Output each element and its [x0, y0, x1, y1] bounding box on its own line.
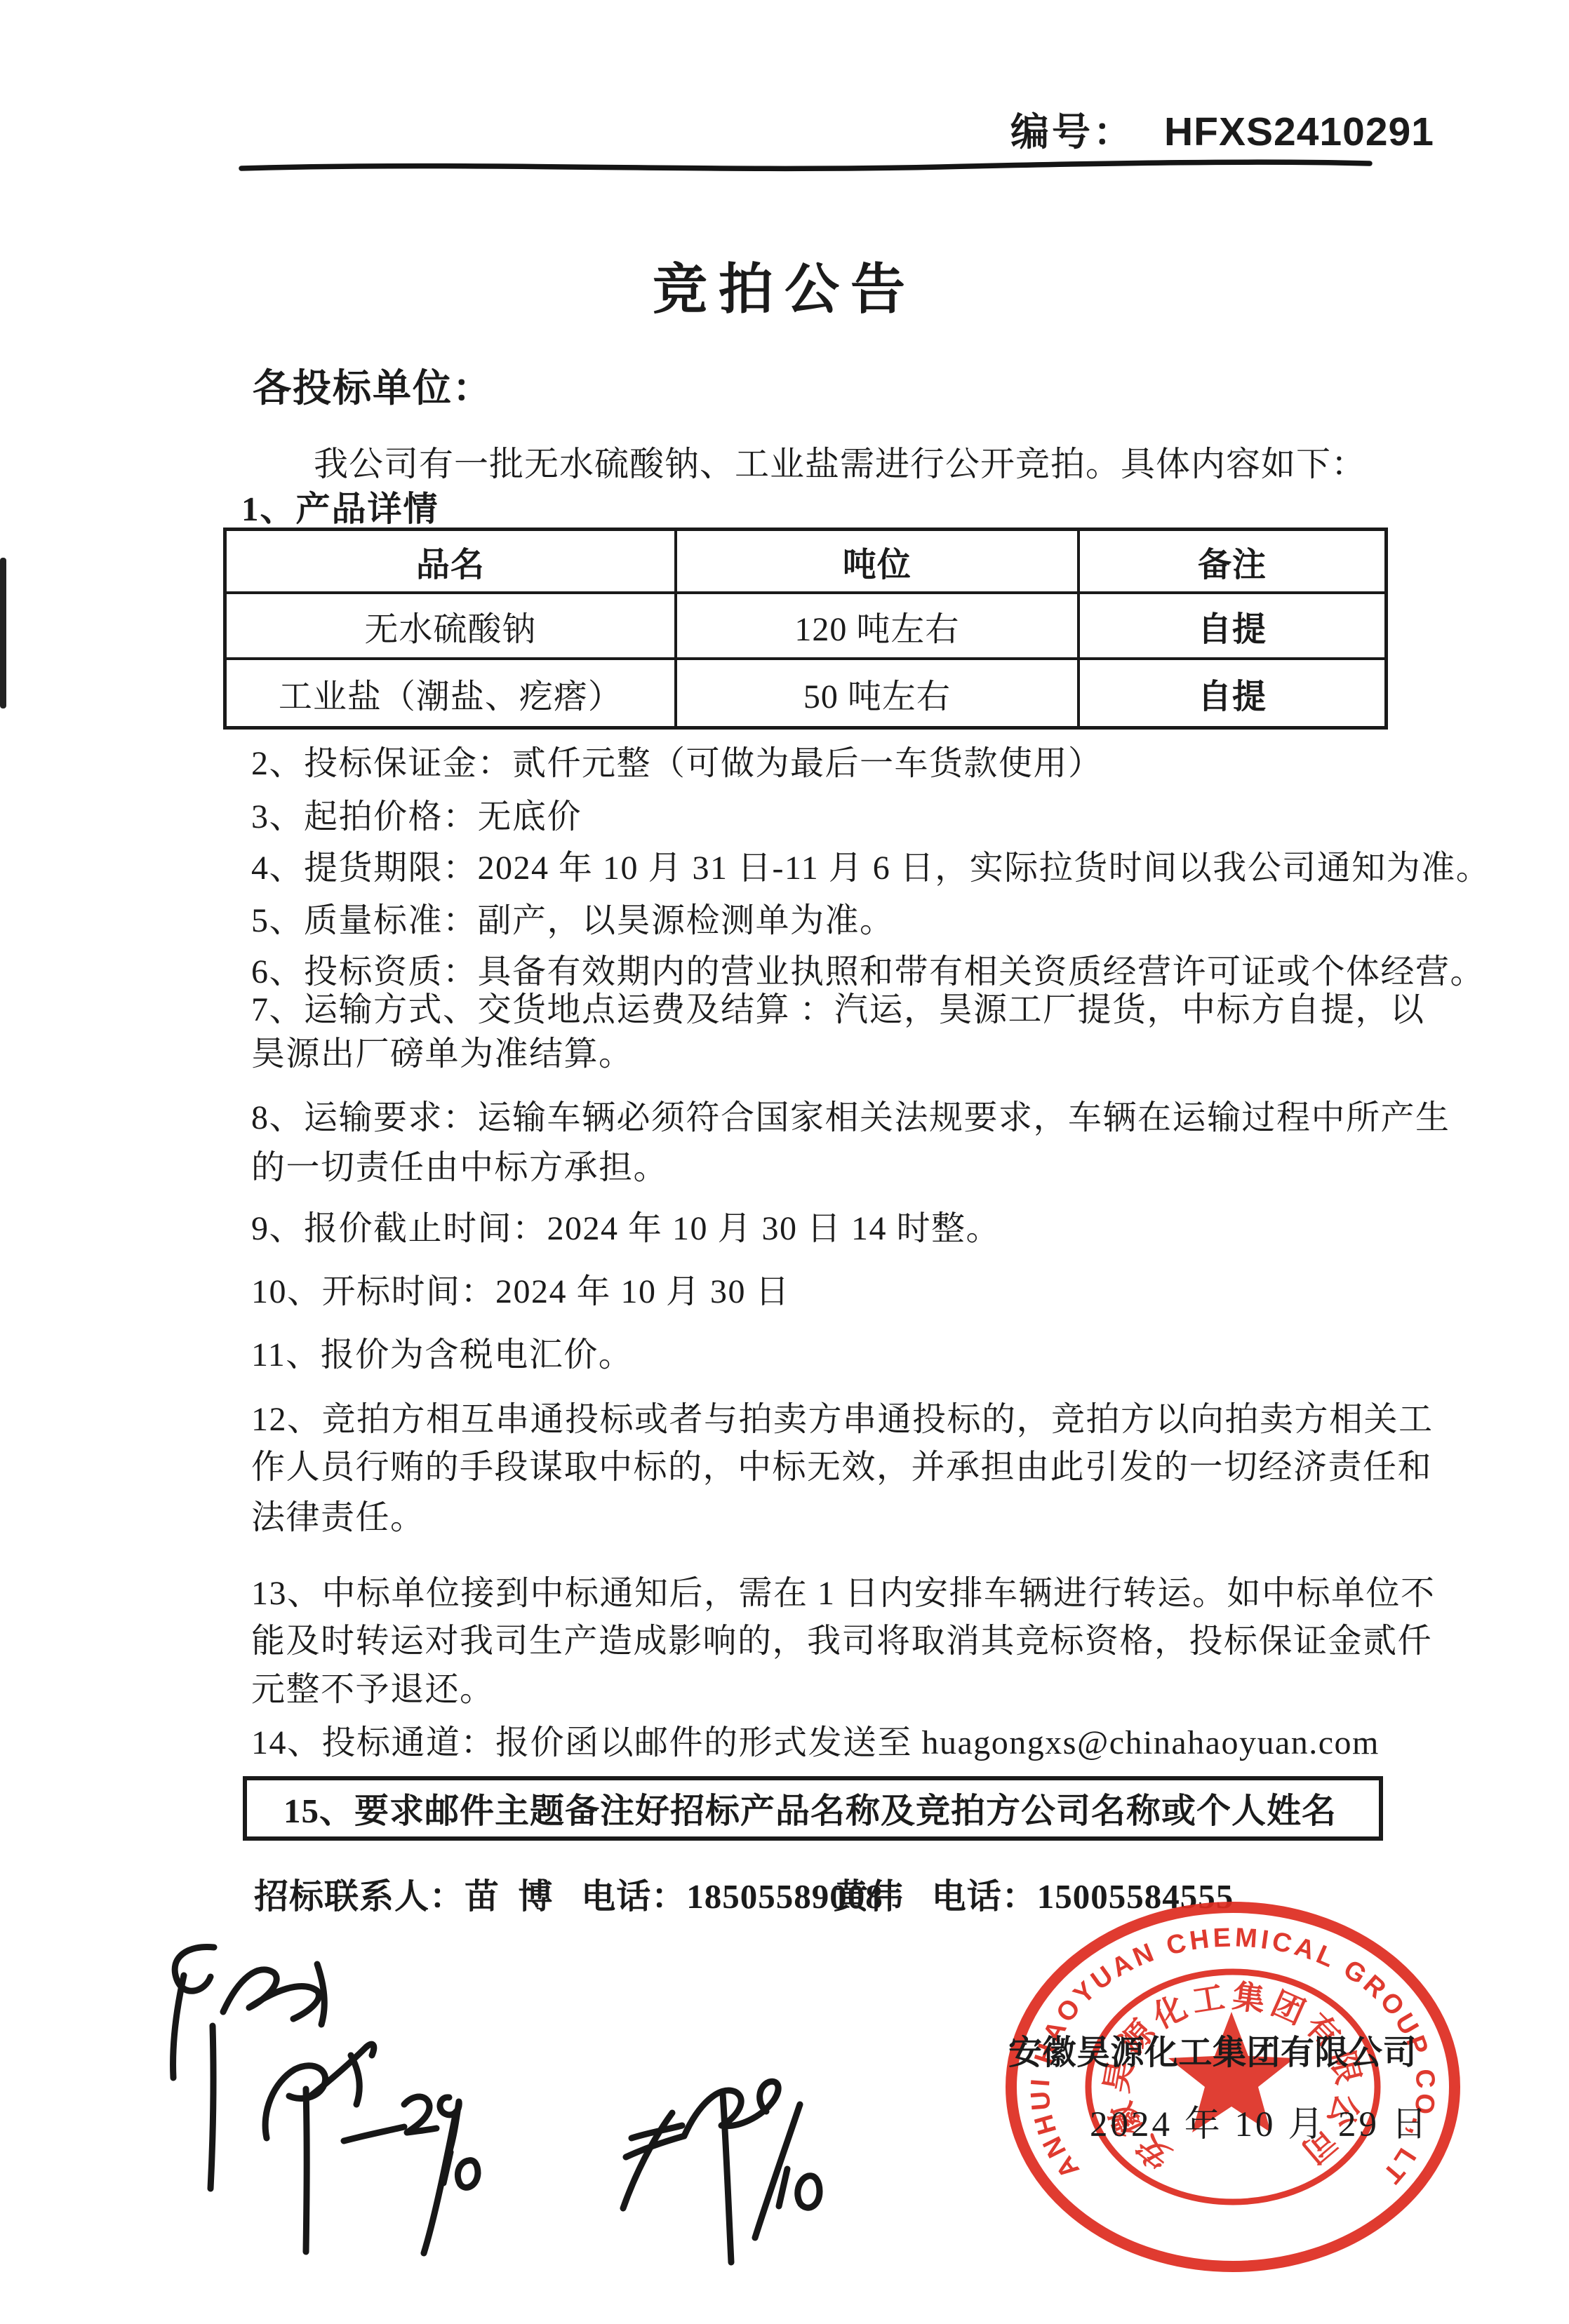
item-12-line3: 法律责任。 [251, 1500, 425, 1537]
document-page: 编号： HFXS2410291 竞拍公告 各投标单位： 我公司有一批无水硫酸钠、… [0, 0, 1569, 2324]
item-15-box: 15、要求邮件主题备注好招标产品名称及竞拍方公司名称或个人姓名 [243, 1776, 1383, 1841]
table-row-product: 无水硫酸钠 [227, 594, 677, 660]
scan-edge-artifact [0, 558, 6, 708]
contact-left: 招标联系人：苗 博 电话：18505589008 [254, 1879, 883, 1916]
item-8-line2: 的一切责任由中标方承担。 [251, 1150, 668, 1187]
item-14: 14、投标通道：报价函以邮件的形式发送至 huagongxs@chinahaoy… [251, 1725, 1380, 1762]
signature-left [173, 1947, 478, 2253]
page-title: 竞拍公告 [0, 260, 1569, 318]
item-13-line2: 能及时转运对我司生产造成影响的，我司将取消其竞标资格，投标保证金贰仟 [251, 1623, 1432, 1660]
header-rule [239, 155, 1375, 179]
item-3: 3、起拍价格：无底价 [251, 799, 582, 836]
item-8-line1: 8、运输要求：运输车辆必须符合国家相关法规要求，车辆在运输过程中所产生 [251, 1100, 1450, 1137]
item-7-line1: 7、运输方式、交货地点运费及结算 ：汽运，昊源工厂提货，中标方自提，以 [251, 992, 1425, 1029]
table-header-name: 品名 [227, 531, 677, 594]
item-5: 5、质量标准：副产，以昊源检测单为准。 [251, 903, 895, 940]
signature-right [623, 2081, 820, 2262]
table-header-remark: 备注 [1080, 531, 1384, 594]
item-9: 9、报价截止时间：2024 年 10 月 30 日 14 时整。 [251, 1211, 1001, 1248]
item-13-line3: 元整不予退还。 [251, 1672, 495, 1709]
intro-paragraph: 我公司有一批无水硫酸钠、工业盐需进行公开竞拍。具体内容如下： [314, 446, 1366, 483]
item-15-text: 15、要求邮件主题备注好招标产品名称及竞拍方公司名称或个人姓名 [247, 1784, 1337, 1833]
product-table: 品名 吨位 备注 无水硫酸钠 120 吨左右 自提 工业盐（潮盐、疙瘩） 50 … [223, 528, 1388, 730]
table-row-product: 工业盐（潮盐、疙瘩） [227, 660, 677, 726]
table-row-remark: 自提 [1080, 660, 1384, 726]
doc-number-label: 编号： [1010, 112, 1135, 153]
table-row-tonnage: 120 吨左右 [677, 594, 1080, 660]
table-row-remark: 自提 [1080, 594, 1384, 660]
table-row-tonnage: 50 吨左右 [677, 660, 1080, 726]
item-4: 4、提货期限：2024 年 10 月 31 日-11 月 6 日，实际拉货时间以… [251, 850, 1490, 887]
item-7-line2: 昊源出厂磅单为准结算。 [251, 1036, 634, 1073]
item-2: 2、投标保证金：贰仟元整（可做为最后一车货款使用） [251, 746, 1103, 783]
table-header-tonnage: 吨位 [677, 531, 1080, 594]
section1-label: 1、产品详情 [241, 491, 439, 528]
doc-number-value: HFXS2410291 [1164, 111, 1434, 154]
item-11: 11、报价为含税电汇价。 [251, 1337, 633, 1374]
handwritten-signatures [105, 1922, 1158, 2324]
item-13-line1: 13、中标单位接到中标通知后，需在 1 日内安排车辆进行转运。如中标单位不 [251, 1576, 1436, 1613]
item-12-line1: 12、竞拍方相互串通投标或者与拍卖方串通投标的，竞拍方以向拍卖方相关工 [251, 1402, 1434, 1439]
item-12-line2: 作人员行贿的手段谋取中标的，中标无效，并承担由此引发的一切经济责任和 [251, 1449, 1432, 1486]
salutation: 各投标单位： [253, 368, 493, 409]
item-6: 6、投标资质：具备有效期内的营业执照和带有相关资质经营许可证或个体经营。 [251, 954, 1485, 991]
item-10: 10、开标时间：2024 年 10 月 30 日 [251, 1274, 790, 1311]
doc-number: 编号： HFXS2410291 [1010, 111, 1434, 154]
